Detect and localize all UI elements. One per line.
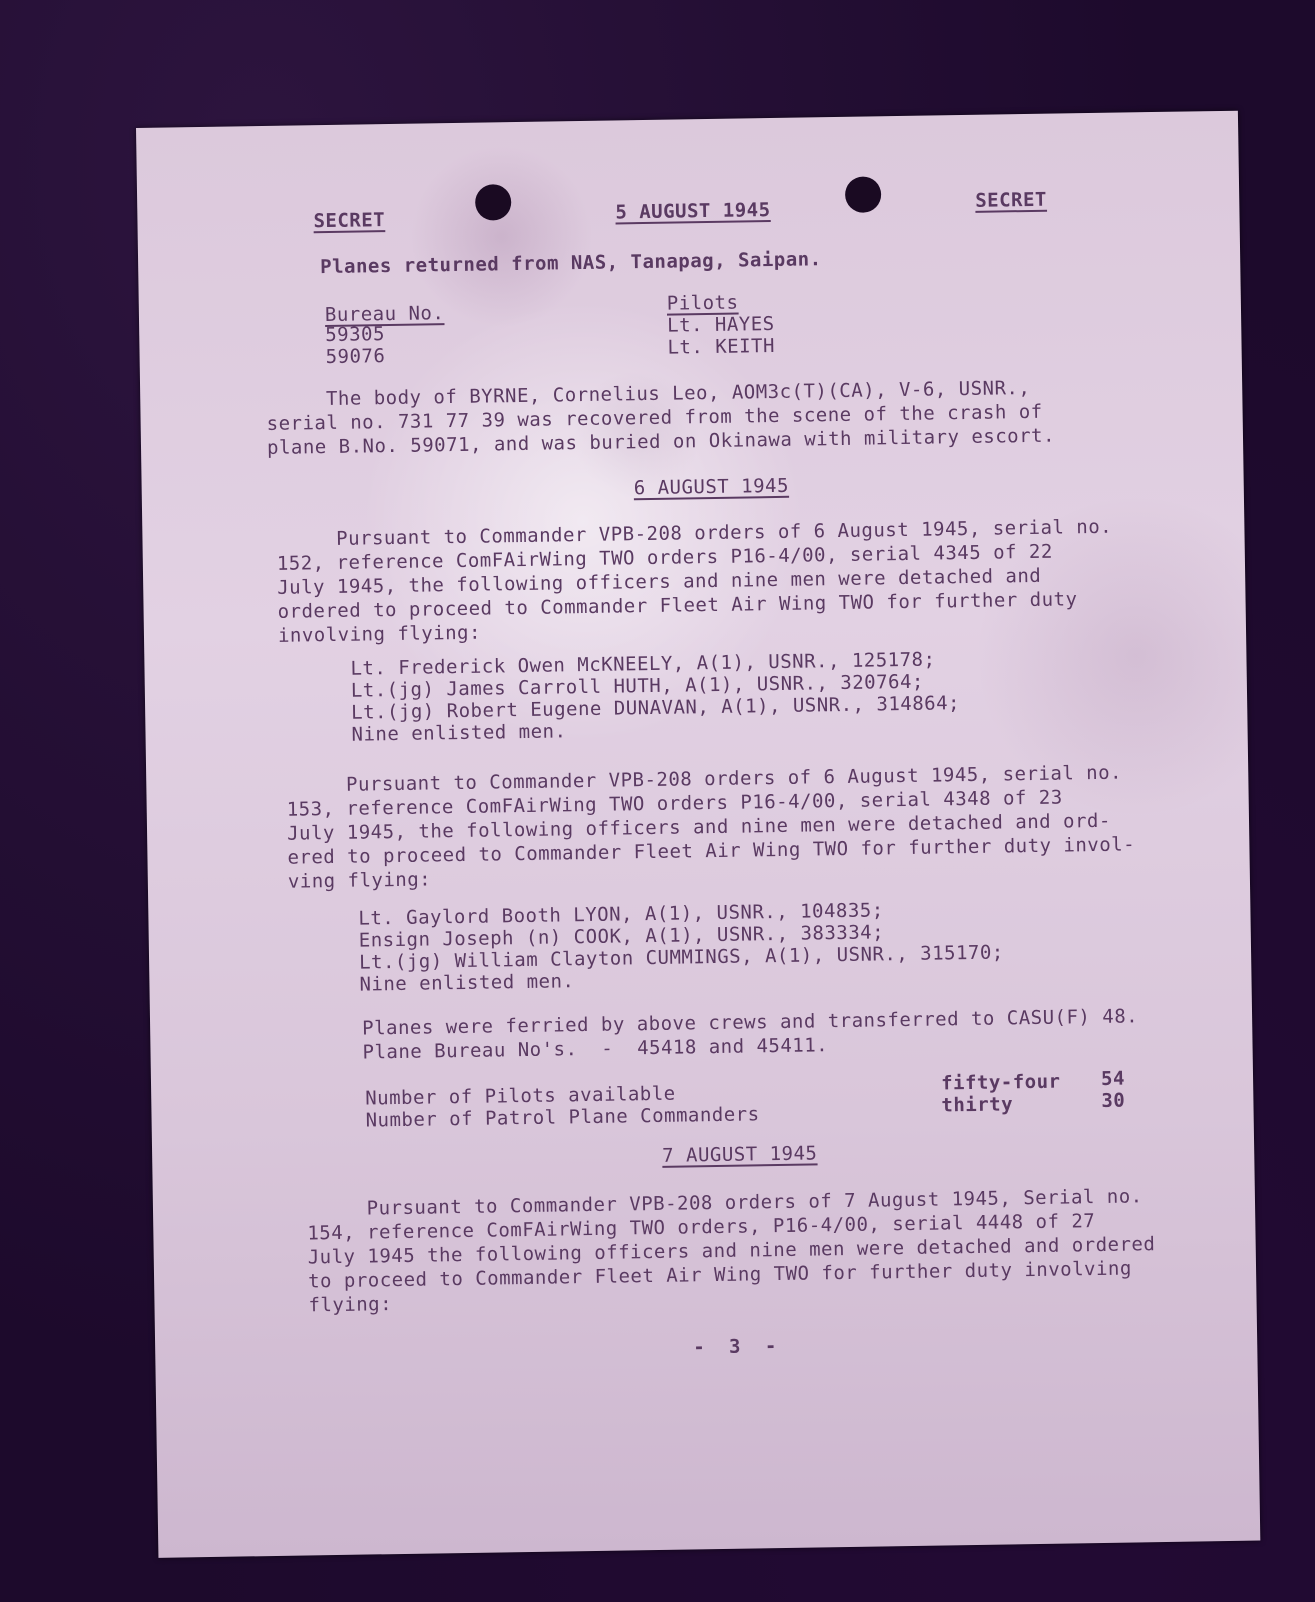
stat-label: Number of Patrol Plane Commanders — [365, 1102, 759, 1133]
paragraph-line: involving flying: — [278, 621, 481, 649]
paragraph-line: flying: — [308, 1292, 392, 1318]
punch-hole — [845, 176, 882, 213]
personnel-entry: Nine enlisted men. — [351, 719, 566, 747]
document-date: 5 AUGUST 1945 — [615, 198, 771, 225]
stat-value: 30 — [1101, 1089, 1125, 1114]
intro-line: Planes returned from NAS, Tanapag, Saipa… — [320, 247, 822, 280]
document-page: SECRET 5 AUGUST 1945 SECRET Planes retur… — [136, 111, 1260, 1558]
punch-hole — [475, 184, 512, 221]
stat-words: thirty — [941, 1092, 1013, 1118]
classification-right: SECRET — [975, 188, 1047, 214]
section-heading-7-aug: 7 AUGUST 1945 — [662, 1141, 818, 1168]
paragraph-line: ving flying: — [288, 867, 432, 894]
bureau-no-cell: 59076 — [325, 344, 385, 370]
pilot-cell: Lt. KEITH — [667, 334, 775, 361]
section-heading-6-aug: 6 AUGUST 1945 — [634, 474, 790, 501]
personnel-entry: Nine enlisted men. — [359, 969, 574, 997]
page-number: - 3 - — [693, 1334, 777, 1360]
classification-left: SECRET — [313, 208, 385, 234]
